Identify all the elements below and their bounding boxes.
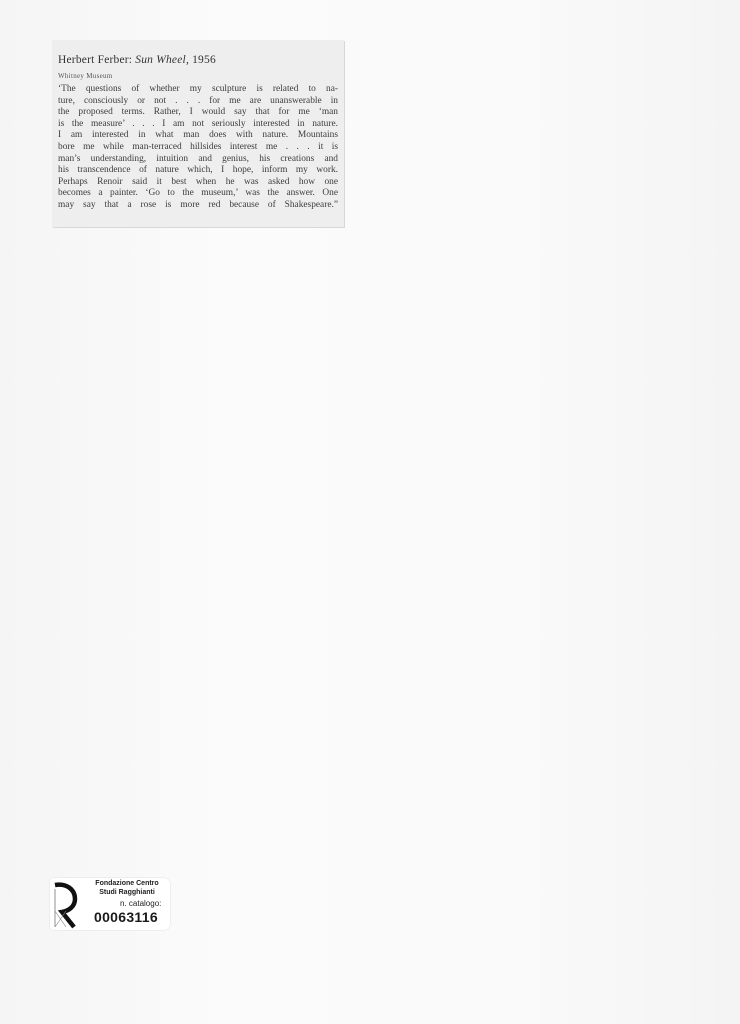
catalog-number: 00063116 bbox=[94, 909, 158, 925]
quote-line: bore me while man-terraced hillsides int… bbox=[58, 142, 338, 154]
quote-line: man’s understanding, intuition and geniu… bbox=[58, 154, 338, 166]
work-year: 1956 bbox=[192, 54, 216, 66]
work-title: Sun Wheel, bbox=[135, 54, 189, 66]
catalog-stamp: Fondazione Centro Studi Ragghianti n. ca… bbox=[50, 878, 170, 930]
quote-line: becomes a painter. ‘Go to the museum,’ w… bbox=[58, 188, 338, 200]
quote-line: Perhaps Renoir said it best when he was … bbox=[58, 177, 338, 189]
organization-name: Fondazione Centro Studi Ragghianti bbox=[86, 880, 168, 897]
org-line-2: Studi Ragghianti bbox=[86, 889, 168, 898]
collection-name: Whitney Museum bbox=[58, 72, 338, 80]
quote-line: I am interested in what man does with na… bbox=[58, 130, 338, 142]
scanned-page: Herbert Ferber: Sun Wheel, 1956 Whitney … bbox=[0, 0, 740, 1024]
ragghianti-logo-icon bbox=[52, 881, 78, 929]
artist-quote: ‘The questions of whether my sculpture i… bbox=[58, 84, 338, 212]
org-line-1: Fondazione Centro bbox=[86, 880, 168, 889]
quote-line: may say that a rose is more red because … bbox=[58, 200, 338, 212]
quote-line: ture, consciously or not . . . for me ar… bbox=[58, 96, 338, 108]
artist-name: Herbert Ferber: bbox=[58, 54, 132, 66]
quote-line: is the measure’ . . . I am not seriously… bbox=[58, 119, 338, 131]
text-clipping: Herbert Ferber: Sun Wheel, 1956 Whitney … bbox=[52, 40, 344, 227]
catalog-label: n. catalogo: bbox=[120, 899, 161, 908]
quote-line: his transcendence of nature which, I hop… bbox=[58, 165, 338, 177]
quote-line: the proposed terms. Rather, I would say … bbox=[58, 107, 338, 119]
clipping-title: Herbert Ferber: Sun Wheel, 1956 bbox=[58, 54, 338, 66]
quote-line: ‘The questions of whether my sculpture i… bbox=[58, 84, 338, 96]
